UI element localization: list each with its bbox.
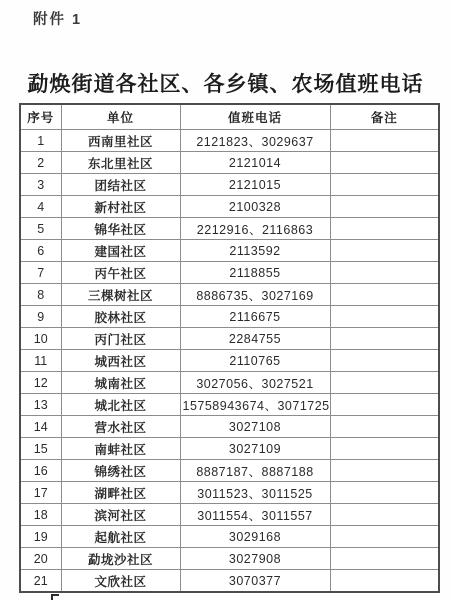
- cell-duty-phone: 2100328: [180, 196, 330, 218]
- table-row: 17湖畔社区3011523、3011525: [20, 482, 439, 504]
- cell-unit: 南蚌社区: [61, 438, 180, 460]
- cell-serial-number: 6: [20, 240, 61, 262]
- cell-duty-phone: 3070377: [180, 570, 330, 593]
- table-row: 10丙门社区2284755: [20, 328, 439, 350]
- cell-unit: 文欣社区: [61, 570, 180, 593]
- table-row: 4新村社区2100328: [20, 196, 439, 218]
- cell-remarks: [330, 372, 439, 394]
- cell-unit: 滨河社区: [61, 504, 180, 526]
- cell-duty-phone: 2121015: [180, 174, 330, 196]
- table-row: 13城北社区15758943674、3071725: [20, 394, 439, 416]
- cell-remarks: [330, 526, 439, 548]
- cell-serial-number: 21: [20, 570, 61, 593]
- duty-phone-table: 序号 单位 值班电话 备注 1西南里社区2121823、30296372东北里社…: [19, 103, 440, 593]
- cell-serial-number: 14: [20, 416, 61, 438]
- table-row: 15南蚌社区3027109: [20, 438, 439, 460]
- cell-serial-number: 20: [20, 548, 61, 570]
- table-row: 21文欣社区3070377: [20, 570, 439, 593]
- partial-character-mark: [51, 594, 59, 600]
- cell-duty-phone: 2121014: [180, 152, 330, 174]
- table-row: 18滨河社区3011554、3011557: [20, 504, 439, 526]
- cell-serial-number: 19: [20, 526, 61, 548]
- cell-remarks: [330, 482, 439, 504]
- cell-duty-phone: 3011523、3011525: [180, 482, 330, 504]
- cell-remarks: [330, 548, 439, 570]
- table-row: 1西南里社区2121823、3029637: [20, 130, 439, 152]
- cell-unit: 勐垅沙社区: [61, 548, 180, 570]
- cell-unit: 新村社区: [61, 196, 180, 218]
- cell-serial-number: 2: [20, 152, 61, 174]
- cell-remarks: [330, 460, 439, 482]
- table-row: 14营水社区3027108: [20, 416, 439, 438]
- cell-remarks: [330, 196, 439, 218]
- cell-remarks: [330, 240, 439, 262]
- cell-duty-phone: 2110765: [180, 350, 330, 372]
- cell-duty-phone: 2118855: [180, 262, 330, 284]
- cell-duty-phone: 8887187、8887188: [180, 460, 330, 482]
- cell-duty-phone: 2212916、2116863: [180, 218, 330, 240]
- table-row: 12城南社区3027056、3027521: [20, 372, 439, 394]
- cell-remarks: [330, 328, 439, 350]
- cell-unit: 城西社区: [61, 350, 180, 372]
- cell-remarks: [330, 152, 439, 174]
- cell-unit: 湖畔社区: [61, 482, 180, 504]
- table-row: 20勐垅沙社区3027908: [20, 548, 439, 570]
- cell-remarks: [330, 350, 439, 372]
- cell-duty-phone: 3027109: [180, 438, 330, 460]
- cell-duty-phone: 2116675: [180, 306, 330, 328]
- cell-serial-number: 8: [20, 284, 61, 306]
- cell-duty-phone: 3011554、3011557: [180, 504, 330, 526]
- cell-serial-number: 10: [20, 328, 61, 350]
- cell-unit: 锦华社区: [61, 218, 180, 240]
- table-row: 11城西社区2110765: [20, 350, 439, 372]
- cell-duty-phone: 3027108: [180, 416, 330, 438]
- cell-duty-phone: 3027056、3027521: [180, 372, 330, 394]
- page-title: 勐焕街道各社区、各乡镇、农场值班电话: [0, 68, 451, 98]
- cell-serial-number: 9: [20, 306, 61, 328]
- document-page: 附件 1 勐焕街道各社区、各乡镇、农场值班电话 序号 单位 值班电话 备注 1西…: [0, 0, 451, 600]
- cell-duty-phone: 2113592: [180, 240, 330, 262]
- header-serial-number: 序号: [20, 104, 61, 130]
- cell-unit: 城北社区: [61, 394, 180, 416]
- cell-serial-number: 17: [20, 482, 61, 504]
- table-row: 9胶林社区2116675: [20, 306, 439, 328]
- cell-remarks: [330, 284, 439, 306]
- table-row: 7丙午社区2118855: [20, 262, 439, 284]
- duty-table-body: 1西南里社区2121823、30296372东北里社区21210143团结社区2…: [20, 130, 439, 593]
- header-duty-phone: 值班电话: [180, 104, 330, 130]
- cell-remarks: [330, 306, 439, 328]
- header-remarks: 备注: [330, 104, 439, 130]
- cell-unit: 锦绣社区: [61, 460, 180, 482]
- cell-serial-number: 16: [20, 460, 61, 482]
- cell-duty-phone: 2121823、3029637: [180, 130, 330, 152]
- cell-unit: 丙门社区: [61, 328, 180, 350]
- cell-remarks: [330, 570, 439, 593]
- header-unit: 单位: [61, 104, 180, 130]
- cell-duty-phone: 3027908: [180, 548, 330, 570]
- cell-remarks: [330, 504, 439, 526]
- cell-unit: 胶林社区: [61, 306, 180, 328]
- cell-remarks: [330, 394, 439, 416]
- table-header-row: 序号 单位 值班电话 备注: [20, 104, 439, 130]
- cell-serial-number: 11: [20, 350, 61, 372]
- cell-unit: 东北里社区: [61, 152, 180, 174]
- cell-duty-phone: 15758943674、3071725: [180, 394, 330, 416]
- cell-unit: 丙午社区: [61, 262, 180, 284]
- cell-duty-phone: 3029168: [180, 526, 330, 548]
- table-row: 2东北里社区2121014: [20, 152, 439, 174]
- cell-serial-number: 3: [20, 174, 61, 196]
- table-row: 3团结社区2121015: [20, 174, 439, 196]
- table-row: 8三棵树社区8886735、3027169: [20, 284, 439, 306]
- cell-remarks: [330, 438, 439, 460]
- cell-serial-number: 7: [20, 262, 61, 284]
- cell-unit: 三棵树社区: [61, 284, 180, 306]
- cell-remarks: [330, 416, 439, 438]
- table-row: 19起航社区3029168: [20, 526, 439, 548]
- cell-remarks: [330, 262, 439, 284]
- cell-unit: 起航社区: [61, 526, 180, 548]
- cell-serial-number: 5: [20, 218, 61, 240]
- attachment-label: 附件 1: [33, 8, 82, 29]
- cell-duty-phone: 2284755: [180, 328, 330, 350]
- cell-remarks: [330, 218, 439, 240]
- cell-unit: 西南里社区: [61, 130, 180, 152]
- cell-serial-number: 4: [20, 196, 61, 218]
- cell-unit: 团结社区: [61, 174, 180, 196]
- cell-serial-number: 13: [20, 394, 61, 416]
- cell-remarks: [330, 130, 439, 152]
- table-row: 6建国社区2113592: [20, 240, 439, 262]
- cell-serial-number: 18: [20, 504, 61, 526]
- table-header: 序号 单位 值班电话 备注: [20, 104, 439, 130]
- cell-serial-number: 12: [20, 372, 61, 394]
- table-row: 5锦华社区2212916、2116863: [20, 218, 439, 240]
- cell-serial-number: 15: [20, 438, 61, 460]
- cell-remarks: [330, 174, 439, 196]
- cell-unit: 营水社区: [61, 416, 180, 438]
- table-row: 16锦绣社区8887187、8887188: [20, 460, 439, 482]
- cell-unit: 城南社区: [61, 372, 180, 394]
- cell-unit: 建国社区: [61, 240, 180, 262]
- cell-duty-phone: 8886735、3027169: [180, 284, 330, 306]
- cell-serial-number: 1: [20, 130, 61, 152]
